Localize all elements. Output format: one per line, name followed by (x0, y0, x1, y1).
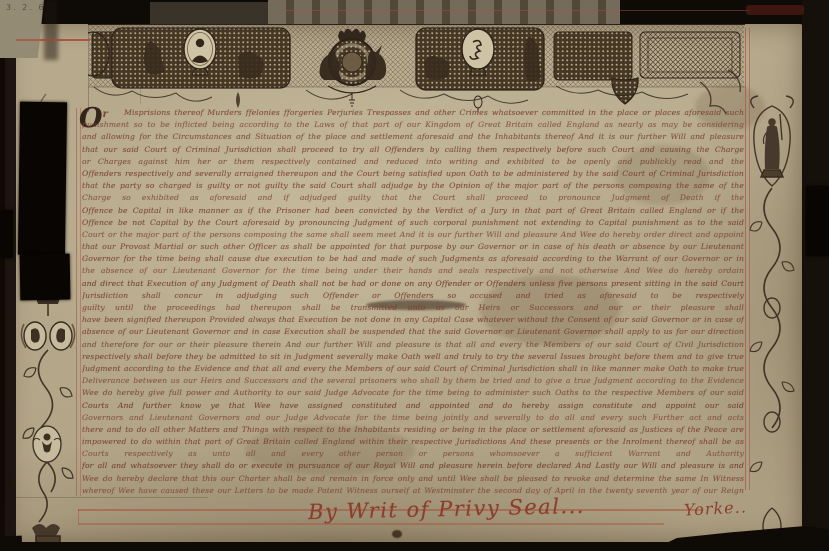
backdrop-bottom-left-nick (0, 536, 22, 551)
statue-figure (761, 114, 783, 177)
manuscript-line: Jurisdiction shall concur in adjudging s… (82, 290, 744, 302)
manuscript-line: for all and whatsoever they shall do or … (82, 460, 744, 472)
manuscript-line: Offence be not Capital by the Court afor… (82, 217, 744, 229)
ruling-line-top-sliver (280, 10, 750, 11)
ruling-line-margin-right (745, 28, 746, 490)
tape-patch (18, 102, 67, 256)
backdrop-left-column (0, 24, 16, 544)
manuscript-line: Judgment according to the Evidence and t… (82, 363, 744, 375)
engraved-top-border (88, 22, 748, 114)
ruling-bracket (78, 509, 79, 524)
manuscript-line: have been signified thereupon Provided a… (82, 314, 744, 326)
manuscript-line: Charge so exhibited as aforesaid and if … (82, 192, 744, 204)
manuscript-line: Governor for the time being shall cause … (82, 253, 744, 265)
shield-pendant (612, 78, 638, 104)
manuscript-line: absence of our Lieutenant Governor and i… (82, 326, 744, 338)
ruling-line-margin-left (80, 108, 81, 496)
manuscript-line: whereof Wee have caused these our Letter… (82, 485, 744, 497)
foliage-scrollwork (764, 188, 780, 428)
manuscript-line: Wee do hereby declare that this our Char… (82, 473, 744, 485)
manuscript-line: there and to do all other Matters and Th… (82, 424, 744, 436)
clerk-signature: Yorke.. (684, 497, 748, 519)
bust-medallion-left (112, 28, 290, 88)
manuscript-line: or Charges against him her or them respe… (82, 156, 744, 168)
manuscript-line: and therefore for our or their pleasure … (82, 339, 744, 351)
ruling-line-bottom (78, 523, 664, 525)
knot-hole (392, 530, 402, 538)
manuscript-line: Misprisions thereof Murders ffelonies ff… (82, 107, 744, 119)
pendant-drop (236, 92, 240, 108)
manuscript-line: Wee do hereby give full power and Author… (82, 387, 744, 399)
manuscript-line: Deliverance between us our Heirs and Suc… (82, 375, 744, 387)
portrait-medallions (21, 322, 74, 350)
engraved-right-border (744, 92, 800, 544)
cherub-medallion (33, 426, 61, 462)
membrane-sliver (150, 2, 268, 24)
manuscript-line: Courts respectively as unto all and ever… (82, 448, 744, 460)
manuscript-line: Courts And further know ye that Wee have… (82, 400, 744, 412)
manuscript-line: Governors and Lieutenant Governors and o… (82, 412, 744, 424)
manuscript-line: guilty until the proceedings had thereup… (82, 302, 744, 314)
ruling-line-margin-left (76, 108, 77, 496)
manuscript-line: Offence be Capital in like manner as if … (82, 205, 744, 217)
manuscript-line: that the party so charged is guilty or n… (82, 180, 744, 192)
tape-patch (0, 210, 13, 258)
backdrop-right-column (802, 0, 829, 551)
manuscript-line: punishment so to be inflicted being acco… (82, 119, 744, 131)
tab-shadow (44, 0, 58, 60)
manuscript-line: the absence of our Lieutenant Governor f… (82, 265, 744, 277)
bird-finial (32, 524, 60, 536)
manuscript-line: and allowing for the Circumstances and S… (82, 131, 744, 143)
manuscript-line: and direct that Execution of any Judgmen… (82, 278, 744, 290)
manuscript-line: Offenders respectively and severally arr… (82, 168, 744, 180)
tape-patch (20, 254, 71, 301)
right-strap-panel (640, 32, 740, 78)
red-stain (746, 5, 804, 15)
manuscript-line: that our said Court of Criminal Jurisdic… (82, 144, 744, 156)
strap-panel (554, 32, 632, 80)
ruling-line-margin-right (749, 28, 750, 490)
manuscript-line: that our Provost Martial or such other O… (82, 241, 744, 253)
ruling-line-top-left (16, 39, 90, 41)
manuscript-line: impowered to do within that part of Grea… (82, 436, 744, 448)
tape-patch (806, 186, 829, 256)
archive-label: 3. 2. 6 (6, 3, 45, 12)
manuscript-line: Court or the major part of the persons c… (82, 229, 744, 241)
manuscript-text: Misprisions thereof Murders ffelonies ff… (82, 107, 744, 497)
membrane-sliver (268, 0, 620, 24)
manuscript-line: respectively shall before they be admitt… (82, 351, 744, 363)
pendant-tassel (349, 92, 355, 106)
photograph-of-charter: Or Misprisions thereof Murders ffelonies… (0, 0, 829, 551)
medallion-right-cartouche (416, 28, 544, 90)
